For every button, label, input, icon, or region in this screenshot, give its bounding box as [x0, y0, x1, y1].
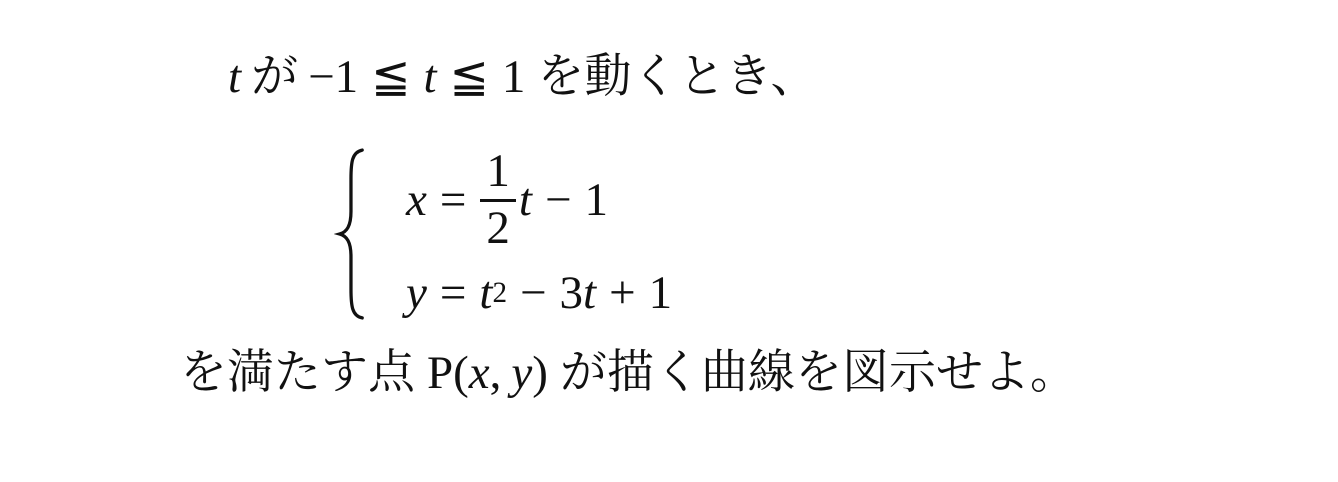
var-t: t: [519, 173, 532, 227]
comma: ,: [490, 347, 502, 399]
var-y: y: [511, 347, 532, 399]
paren-close: ): [532, 347, 548, 399]
const-one: 1: [649, 266, 673, 320]
equals-sign: =: [440, 266, 467, 320]
equation-system: x = 1 2 t − 1 y = t2 − 3t + 1: [334, 146, 672, 322]
leq-sign: ≦: [371, 51, 410, 103]
const-one: 1: [584, 173, 608, 227]
equation-x: x = 1 2 t − 1: [406, 148, 672, 253]
minus-sign: −: [520, 266, 547, 320]
neg-one: −1: [308, 51, 358, 103]
condition-line: tが−1≦t≦1を動くとき、: [228, 48, 818, 107]
leq-sign: ≦: [450, 51, 489, 103]
paren-open: (: [453, 347, 469, 399]
var-y: y: [406, 266, 427, 320]
var-t: t: [583, 266, 596, 320]
minus-sign: −: [545, 173, 572, 227]
plus-sign: +: [609, 266, 636, 320]
fraction-one-half: 1 2: [480, 148, 516, 253]
coef-three: 3: [560, 266, 584, 320]
one: 1: [502, 51, 526, 103]
var-t: t: [423, 51, 436, 103]
equals-sign: =: [440, 173, 467, 227]
equations-column: x = 1 2 t − 1 y = t2 − 3t + 1: [406, 148, 672, 321]
jp-particle-ga: が: [251, 51, 298, 103]
var-t: t: [228, 51, 241, 103]
var-x: x: [406, 173, 427, 227]
jp-draw-curve-illustrate: が描く曲線を図示せよ。: [560, 347, 1077, 399]
jp-satisfying-point: を満たす点: [180, 347, 415, 399]
equation-y: y = t2 − 3t + 1: [406, 266, 672, 320]
task-line: を満たす点P(x,y)が描く曲線を図示せよ。: [180, 344, 1077, 403]
fraction-numerator: 1: [480, 148, 516, 202]
var-x: x: [469, 347, 490, 399]
point-p-label: P: [427, 347, 453, 399]
jp-moves-when: を動くとき、: [537, 51, 817, 103]
var-t: t: [479, 266, 492, 320]
fraction-denominator: 2: [480, 202, 516, 253]
left-brace-icon: [334, 146, 370, 322]
